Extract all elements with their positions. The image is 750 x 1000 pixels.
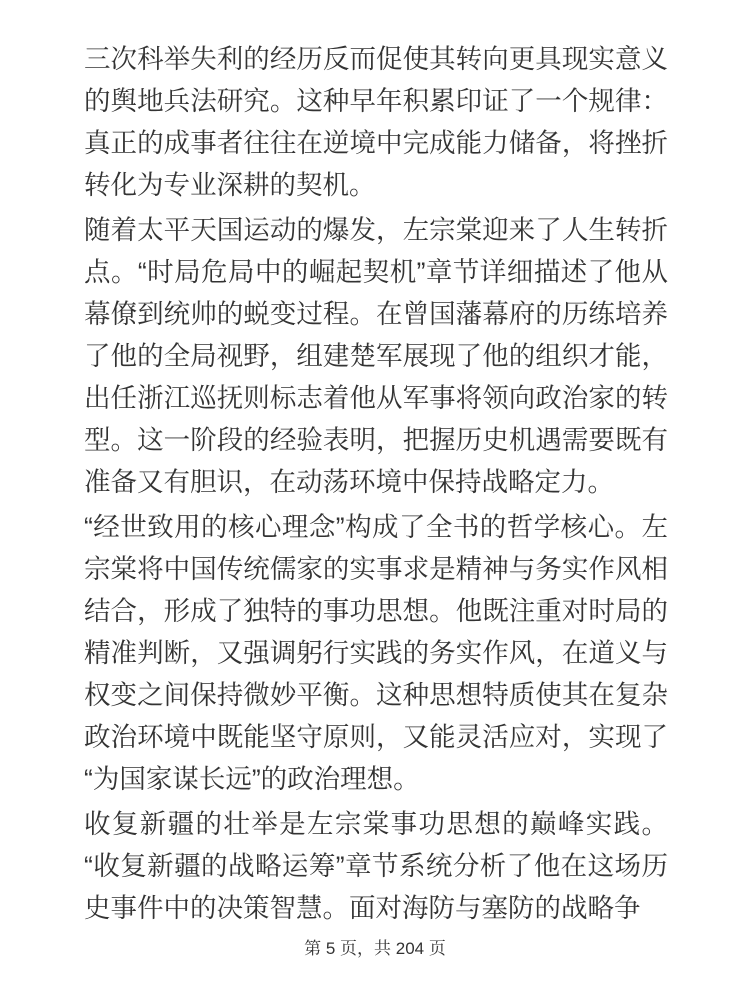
page-number-indicator: 第 5 页，共 204 页 [0, 937, 750, 961]
paragraph: 收复新疆的壮举是左宗棠事功思想的巅峰实践。“收复新疆的战略运筹”章节系统分析了他… [84, 803, 668, 929]
page-text-content: 三次科举失利的经历反而促使其转向更具现实意义的舆地兵法研究。这种早年积累印证了一… [84, 38, 668, 932]
paragraph: 三次科举失利的经历反而促使其转向更具现实意义的舆地兵法研究。这种早年积累印证了一… [84, 38, 668, 206]
paragraph: 随着太平天国运动的爆发，左宗棠迎来了人生转折点。“时局危局中的崛起契机”章节详细… [84, 209, 668, 503]
document-page: 三次科举失利的经历反而促使其转向更具现实意义的舆地兵法研究。这种早年积累印证了一… [0, 0, 750, 1000]
paragraph: “经世致用的核心理念”构成了全书的哲学核心。左宗棠将中国传统儒家的实事求是精神与… [84, 506, 668, 800]
